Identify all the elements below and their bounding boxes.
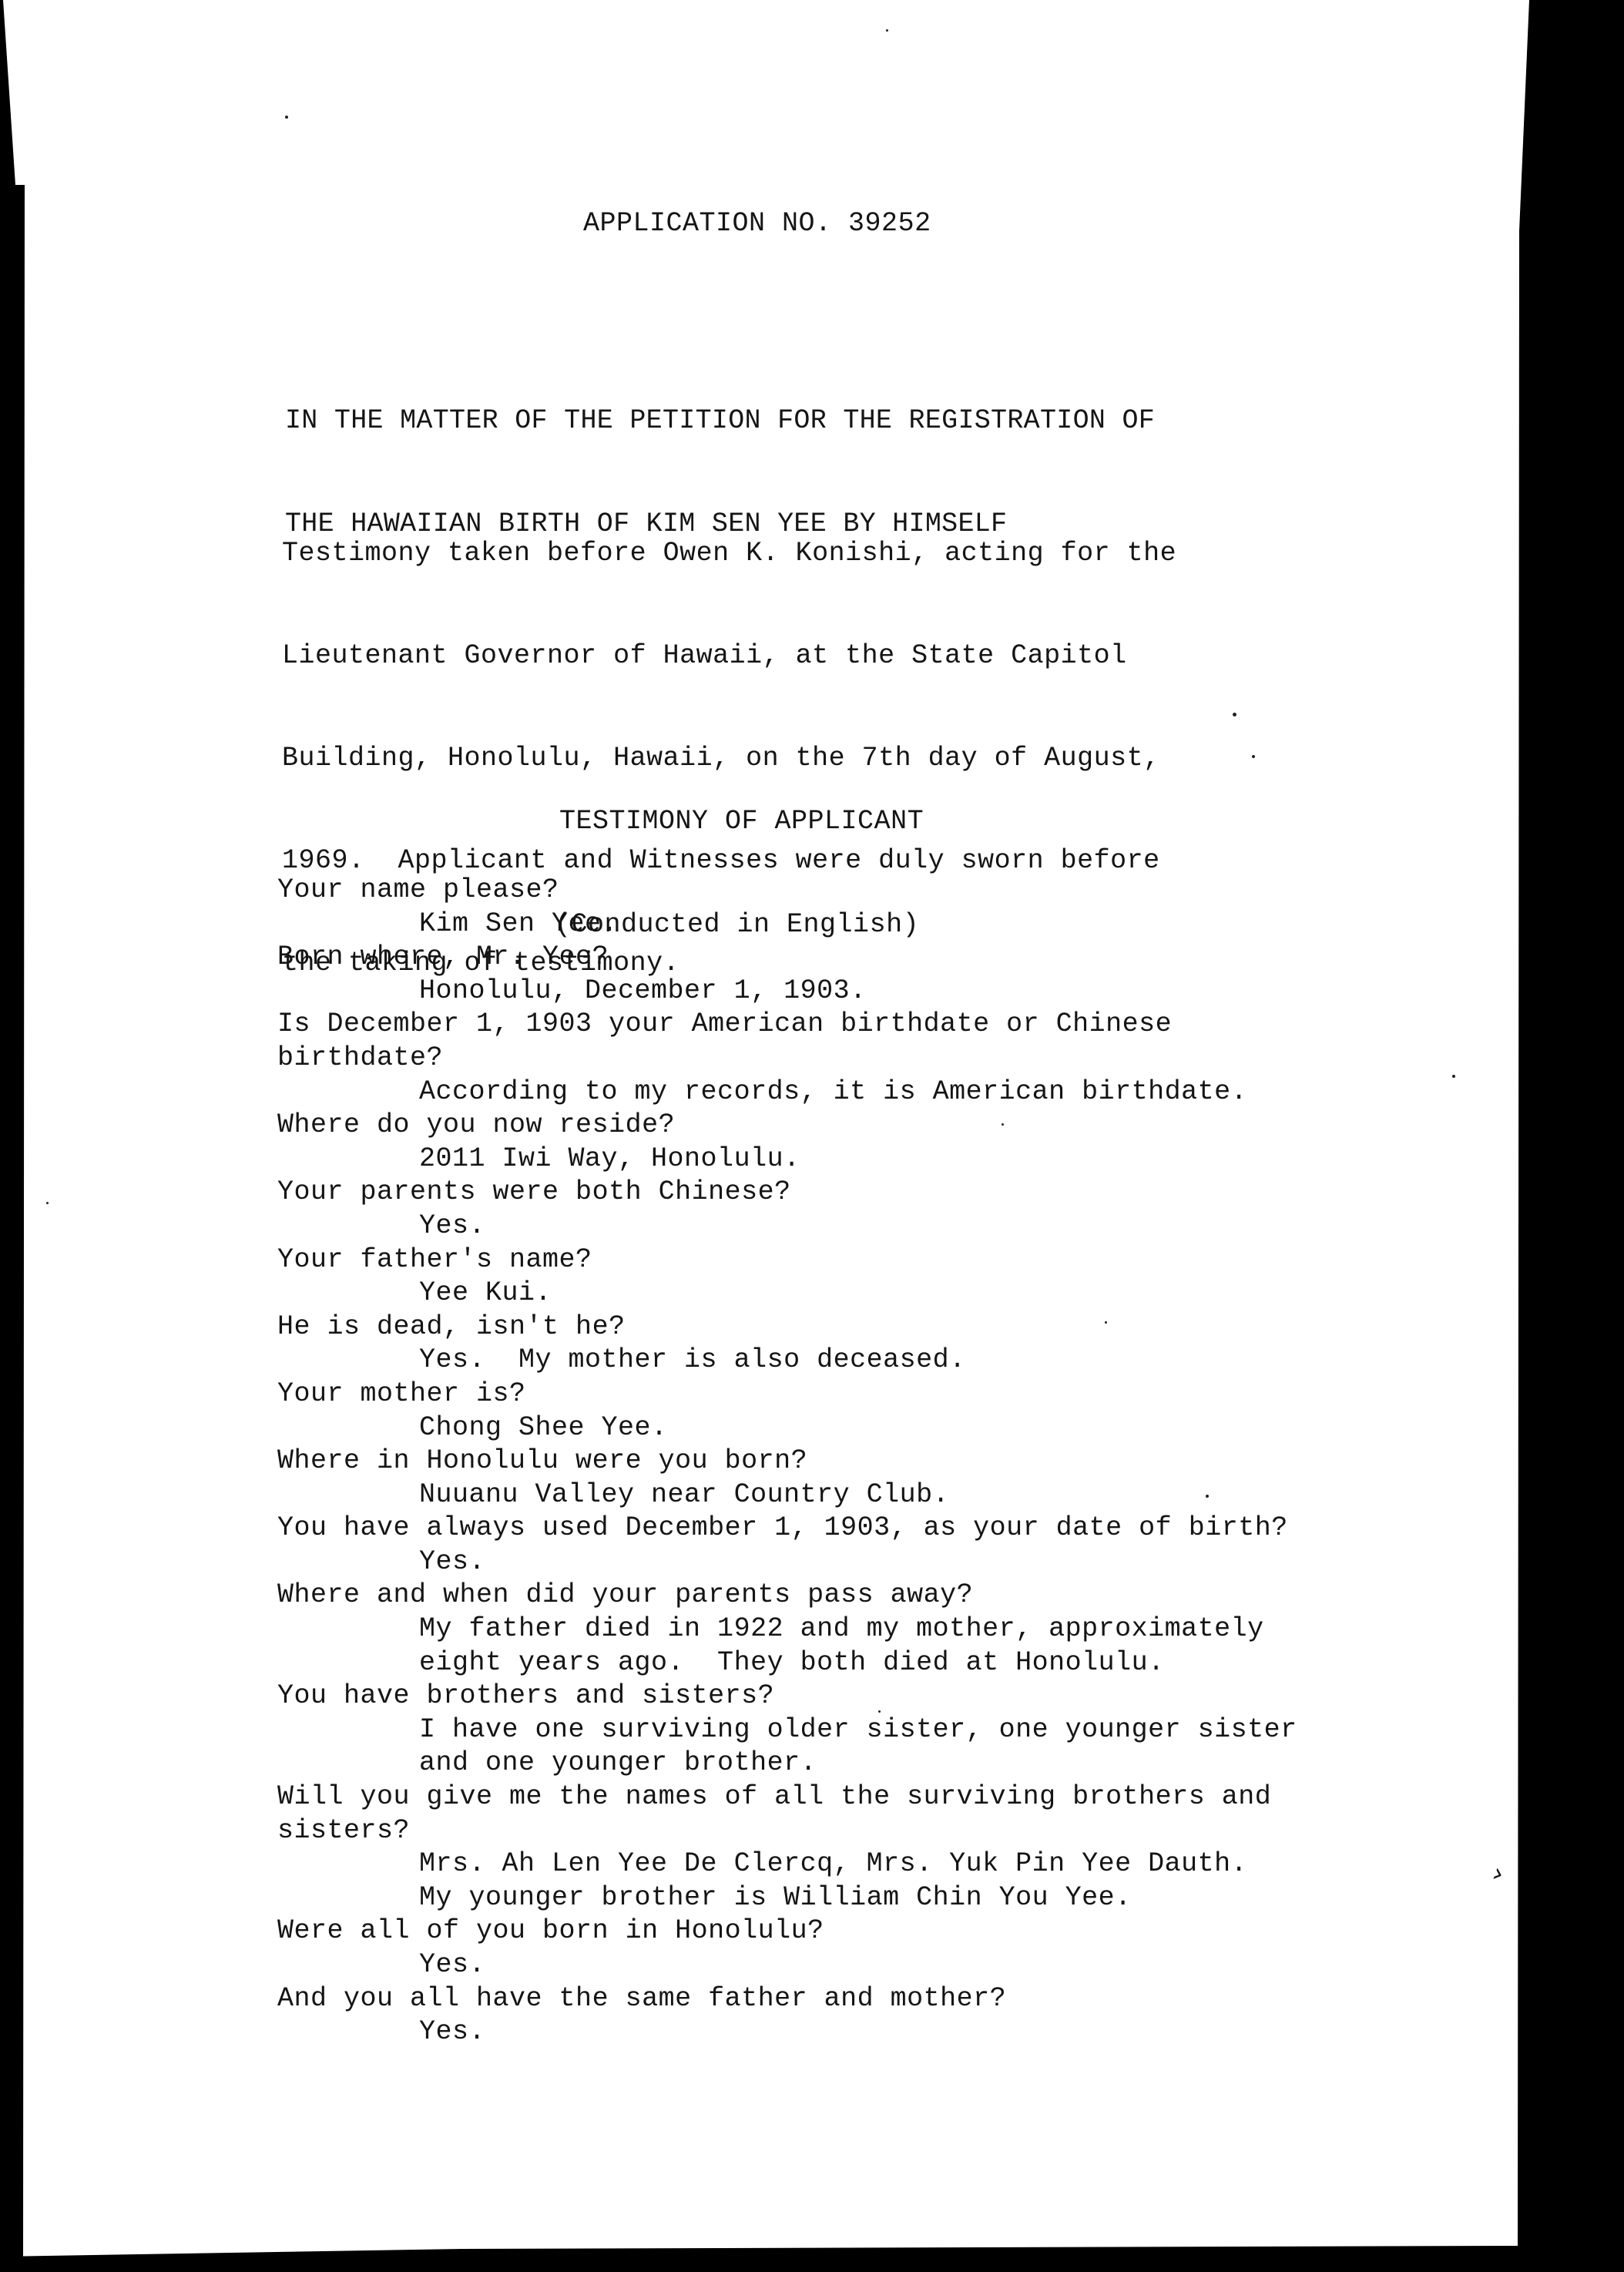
testimony-answer: Nuuanu Valley near Country Club. — [277, 1478, 1297, 1512]
scan-speck — [1105, 1321, 1107, 1324]
testimony-answer: My younger brother is William Chin You Y… — [277, 1881, 1297, 1915]
testimony-question: Born where, Mr. Yee? — [277, 940, 1297, 974]
testimony-question: Your parents were both Chinese? — [277, 1175, 1297, 1209]
testimony-question: Where in Honolulu were you born? — [277, 1444, 1297, 1478]
testimony-question: He is dead, isn't he? — [277, 1310, 1297, 1344]
testimony-answer: Yes. — [277, 1209, 1297, 1243]
testimony-answer: Honolulu, December 1, 1903. — [277, 974, 1297, 1008]
testimony-question: Where and when did your parents pass awa… — [277, 1578, 1297, 1612]
testimony-question: Is December 1, 1903 your American birthd… — [277, 1007, 1297, 1041]
testimony-question: And you all have the same father and mot… — [277, 1982, 1297, 2015]
testimony-answer: Yes. — [277, 1948, 1297, 1982]
testimony-answer: My father died in 1922 and my mother, ap… — [277, 1612, 1297, 1646]
testimony-answer: Mrs. Ah Len Yee De Clercq, Mrs. Yuk Pin … — [277, 1847, 1297, 1881]
testimony-answer: eight years ago. They both died at Honol… — [277, 1646, 1297, 1680]
testimony-answer: I have one surviving older sister, one y… — [277, 1713, 1297, 1747]
testimony-answer: 2011 Iwi Way, Honolulu. — [277, 1142, 1297, 1176]
application-number: APPLICATION NO. 39252 — [583, 206, 931, 240]
scan-border-right — [1516, 0, 1624, 2272]
testimony-question: Where do you now reside? — [277, 1108, 1297, 1142]
intro-line: Lieutenant Governor of Hawaii, at the St… — [282, 639, 1176, 673]
testimony-answer: and one younger brother. — [277, 1746, 1297, 1780]
testimony-answer: Yes. My mother is also deceased. — [277, 1343, 1297, 1377]
scan-speck — [886, 29, 888, 32]
matter-heading-line: IN THE MATTER OF THE PETITION FOR THE RE… — [285, 404, 1155, 439]
testimony-question: sisters? — [277, 1814, 1297, 1847]
testimony-answer: Chong Shee Yee. — [277, 1411, 1297, 1445]
testimony-question: You have always used December 1, 1903, a… — [277, 1511, 1297, 1545]
testimony-answer: Yes. — [277, 1545, 1297, 1579]
scan-speck — [1233, 713, 1236, 717]
scan-speck — [1206, 1495, 1209, 1498]
testimony-answer: Yee Kui. — [277, 1276, 1297, 1310]
scan-border-left — [0, 0, 25, 2272]
testimony-answer: Kim Sen Yee. — [277, 907, 1297, 941]
scan-speck — [1452, 1075, 1455, 1078]
testimony-question: You have brothers and sisters? — [277, 1679, 1297, 1713]
scan-speck — [1002, 1123, 1004, 1126]
testimony-question: Will you give me the names of all the su… — [277, 1780, 1297, 1814]
scan-speck — [878, 1710, 881, 1713]
testimony-answer: Yes. — [277, 2015, 1297, 2049]
scan-speck — [285, 116, 288, 119]
scan-speck — [46, 1202, 49, 1204]
testimony-question: Your mother is? — [277, 1377, 1297, 1411]
section-title: TESTIMONY OF APPLICANT — [559, 804, 924, 840]
testimony-question: Were all of you born in Honolulu? — [277, 1914, 1297, 1948]
testimony-transcript: Your name please?Kim Sen Yee.Born where,… — [277, 873, 1297, 2049]
scan-speck — [1252, 755, 1255, 758]
testimony-question: Your father's name? — [277, 1243, 1297, 1277]
testimony-question: birthdate? — [277, 1041, 1297, 1075]
testimony-answer: According to my records, it is American … — [277, 1075, 1297, 1109]
intro-line: Testimony taken before Owen K. Konishi, … — [282, 536, 1176, 571]
testimony-question: Your name please? — [277, 873, 1297, 907]
